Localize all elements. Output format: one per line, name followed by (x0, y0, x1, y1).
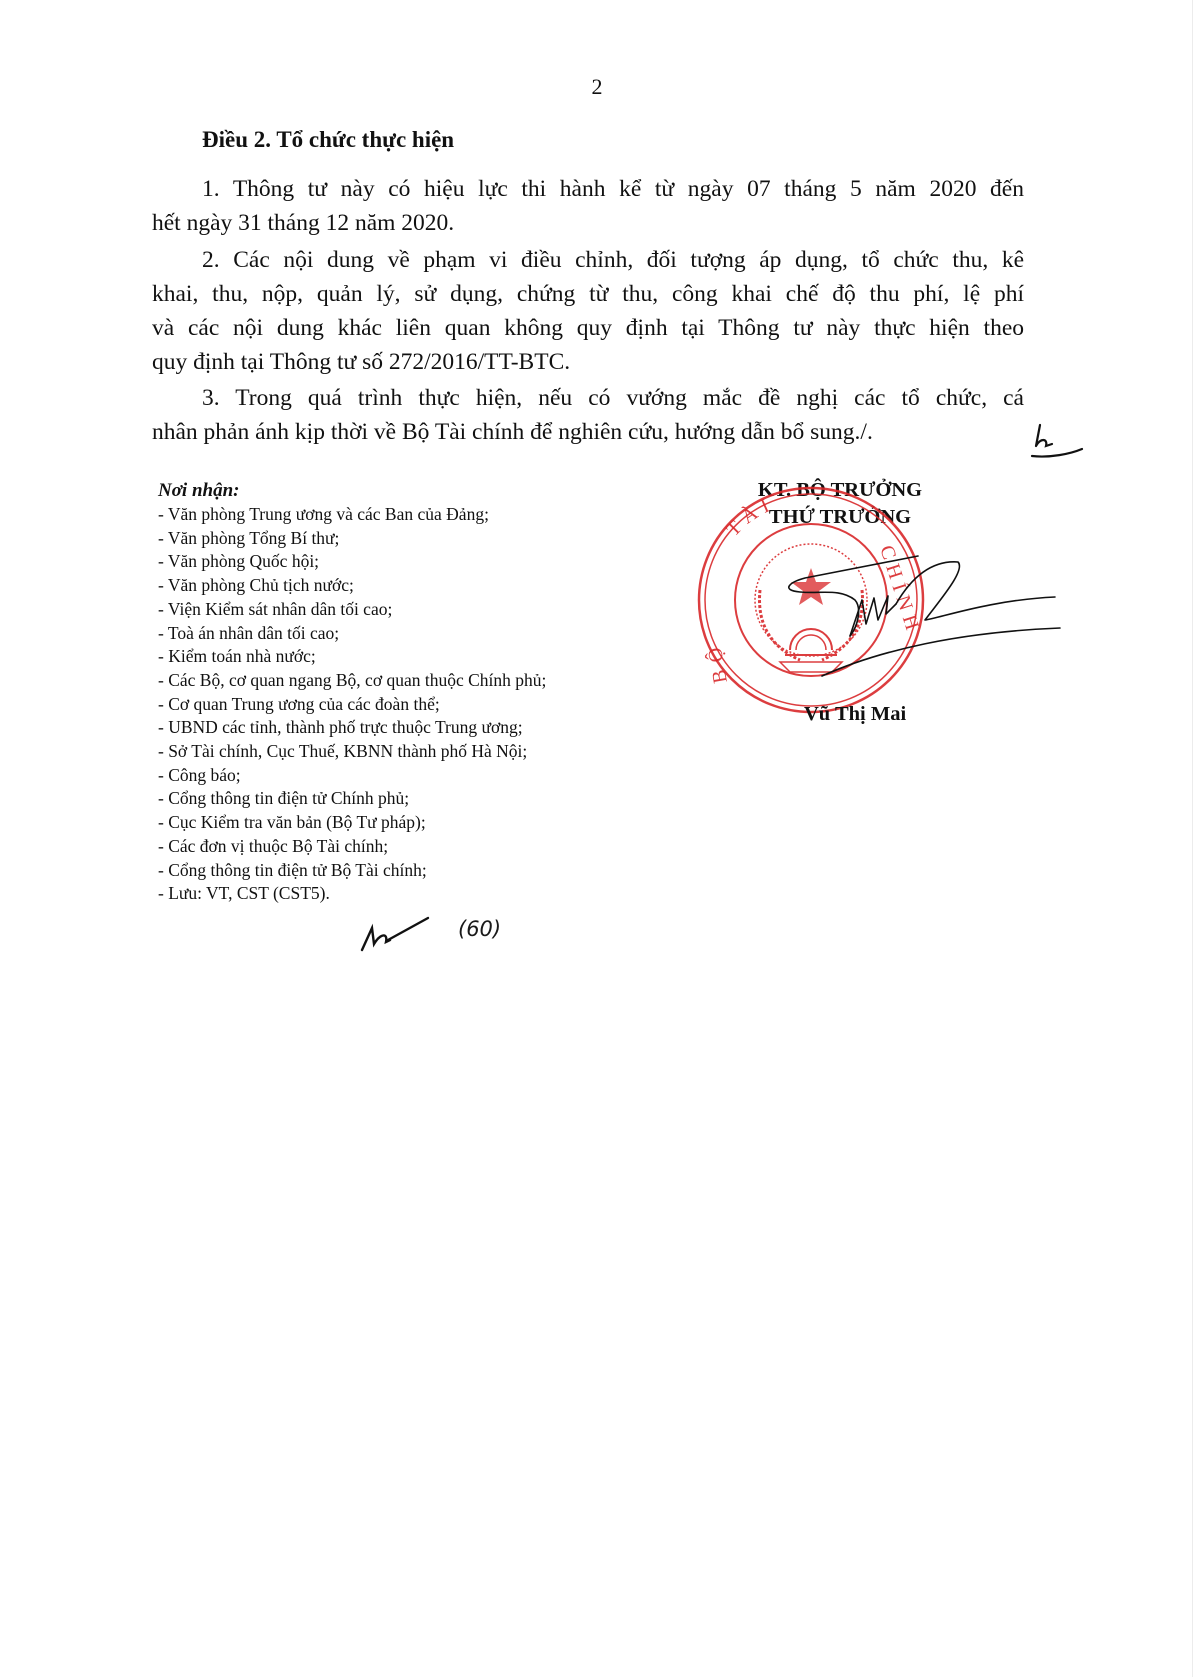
paragraph-line: quy định tại Thông tư số 272/2016/TT-BTC… (152, 345, 1024, 379)
recipient-item: - Văn phòng Trung ương và các Ban của Đả… (158, 503, 546, 527)
recipients-list: Nơi nhận: - Văn phòng Trung ương và các … (158, 479, 546, 906)
recipient-item: - Kiểm toán nhà nước; (158, 645, 546, 669)
signature-block: KT. BỘ TRƯỞNG THỨ TRƯỞNG (700, 477, 980, 531)
paragraph-line: 2. Các nội dung về phạm vi điều chỉnh, đ… (152, 243, 1024, 277)
recipient-item: - Cổng thông tin điện tử Bộ Tài chính; (158, 859, 546, 883)
paragraph-line: hết ngày 31 tháng 12 năm 2020. (152, 206, 1024, 240)
recipient-item: - Lưu: VT, CST (CST5). (158, 882, 546, 906)
svg-text:BỘ: BỘ (701, 638, 732, 685)
paragraph-3: 3. Trong quá trình thực hiện, nếu có vướ… (152, 381, 1024, 449)
paragraph-line: 3. Trong quá trình thực hiện, nếu có vướ… (152, 381, 1024, 415)
page-number: 2 (0, 74, 1194, 100)
signer-authority: KT. BỘ TRƯỞNG (700, 477, 980, 504)
recipient-item: - Cơ quan Trung ương của các đoàn thể; (158, 693, 546, 717)
svg-text:CHÍNH: CHÍNH (875, 542, 926, 638)
scan-edge (1192, 0, 1193, 1677)
paragraph-line: khai, thu, nộp, quản lý, sử dụng, chứng … (152, 277, 1024, 311)
handwritten-mark-icon (362, 918, 428, 950)
paragraph-line: 1. Thông tư này có hiệu lực thi hành kể … (152, 172, 1024, 206)
recipient-items: - Văn phòng Trung ương và các Ban của Đả… (158, 503, 546, 906)
paragraph-1: 1. Thông tư này có hiệu lực thi hành kể … (152, 172, 1024, 240)
signer-name: Vũ Thị Mai (804, 703, 906, 726)
recipients-title: Nơi nhận: (158, 479, 546, 503)
recipient-item: - UBND các tỉnh, thành phố trực thuộc Tr… (158, 716, 546, 740)
recipient-item: - Văn phòng Chủ tịch nước; (158, 574, 546, 598)
paragraph-line: nhân phản ánh kịp thời về Bộ Tài chính đ… (152, 415, 1024, 449)
recipient-item: - Các đơn vị thuộc Bộ Tài chính; (158, 835, 546, 859)
paragraph-line: và các nội dung khác liên quan không quy… (152, 311, 1024, 345)
recipient-item: - Văn phòng Tổng Bí thư; (158, 527, 546, 551)
article-title: Điều 2. Tổ chức thực hiện (202, 127, 454, 153)
handwritten-signature-icon (789, 556, 1060, 676)
recipient-item: - Sở Tài chính, Cục Thuế, KBNN thành phố… (158, 740, 546, 764)
handwritten-copy-count: (60) (458, 917, 501, 941)
recipient-item: - Văn phòng Quốc hội; (158, 550, 546, 574)
recipient-item: - Viện Kiểm sát nhân dân tối cao; (158, 598, 546, 622)
signer-title: THỨ TRƯỞNG (700, 504, 980, 531)
recipient-item: - Toà án nhân dân tối cao; (158, 622, 546, 646)
paragraph-2: 2. Các nội dung về phạm vi điều chỉnh, đ… (152, 243, 1024, 379)
recipient-item: - Cổng thông tin điện tử Chính phủ; (158, 787, 546, 811)
recipient-item: - Cục Kiểm tra văn bản (Bộ Tư pháp); (158, 811, 546, 835)
recipient-item: - Công báo; (158, 764, 546, 788)
document-page: 2 Điều 2. Tổ chức thực hiện 1. Thông tư … (0, 0, 1194, 1677)
recipient-item: - Các Bộ, cơ quan ngang Bộ, cơ quan thuộ… (158, 669, 546, 693)
handwritten-initials-icon (1032, 425, 1082, 457)
